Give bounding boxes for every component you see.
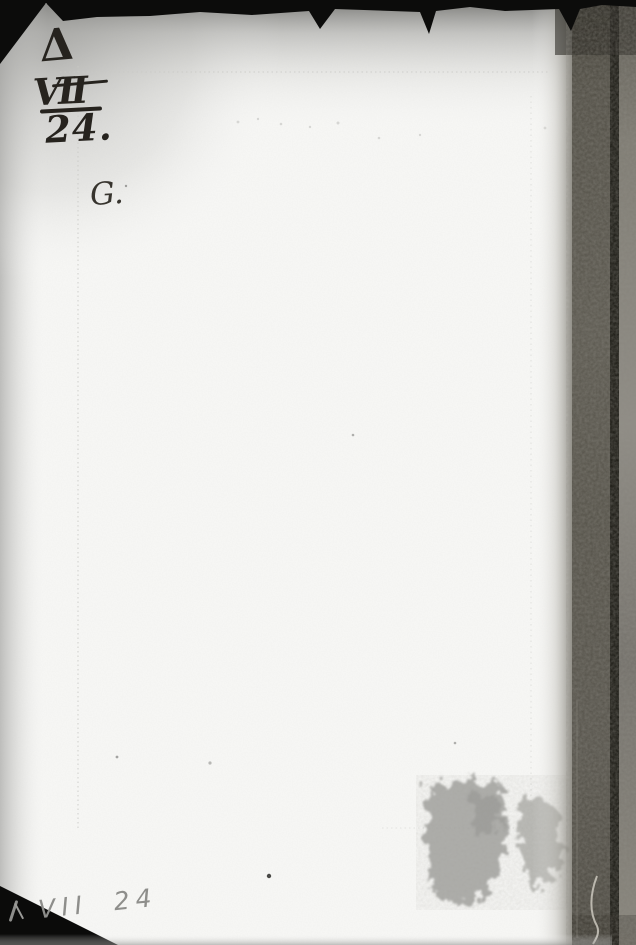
number-ink-mark: 24.	[44, 108, 113, 148]
delta-ink-mark: Δ	[40, 22, 75, 69]
initial-ink-mark: G.	[89, 178, 125, 211]
bottom-edge-shadow	[0, 934, 612, 945]
scanned-page: Δ VII 24. G. VII 24	[0, 0, 636, 945]
binding-edge	[532, 0, 636, 945]
